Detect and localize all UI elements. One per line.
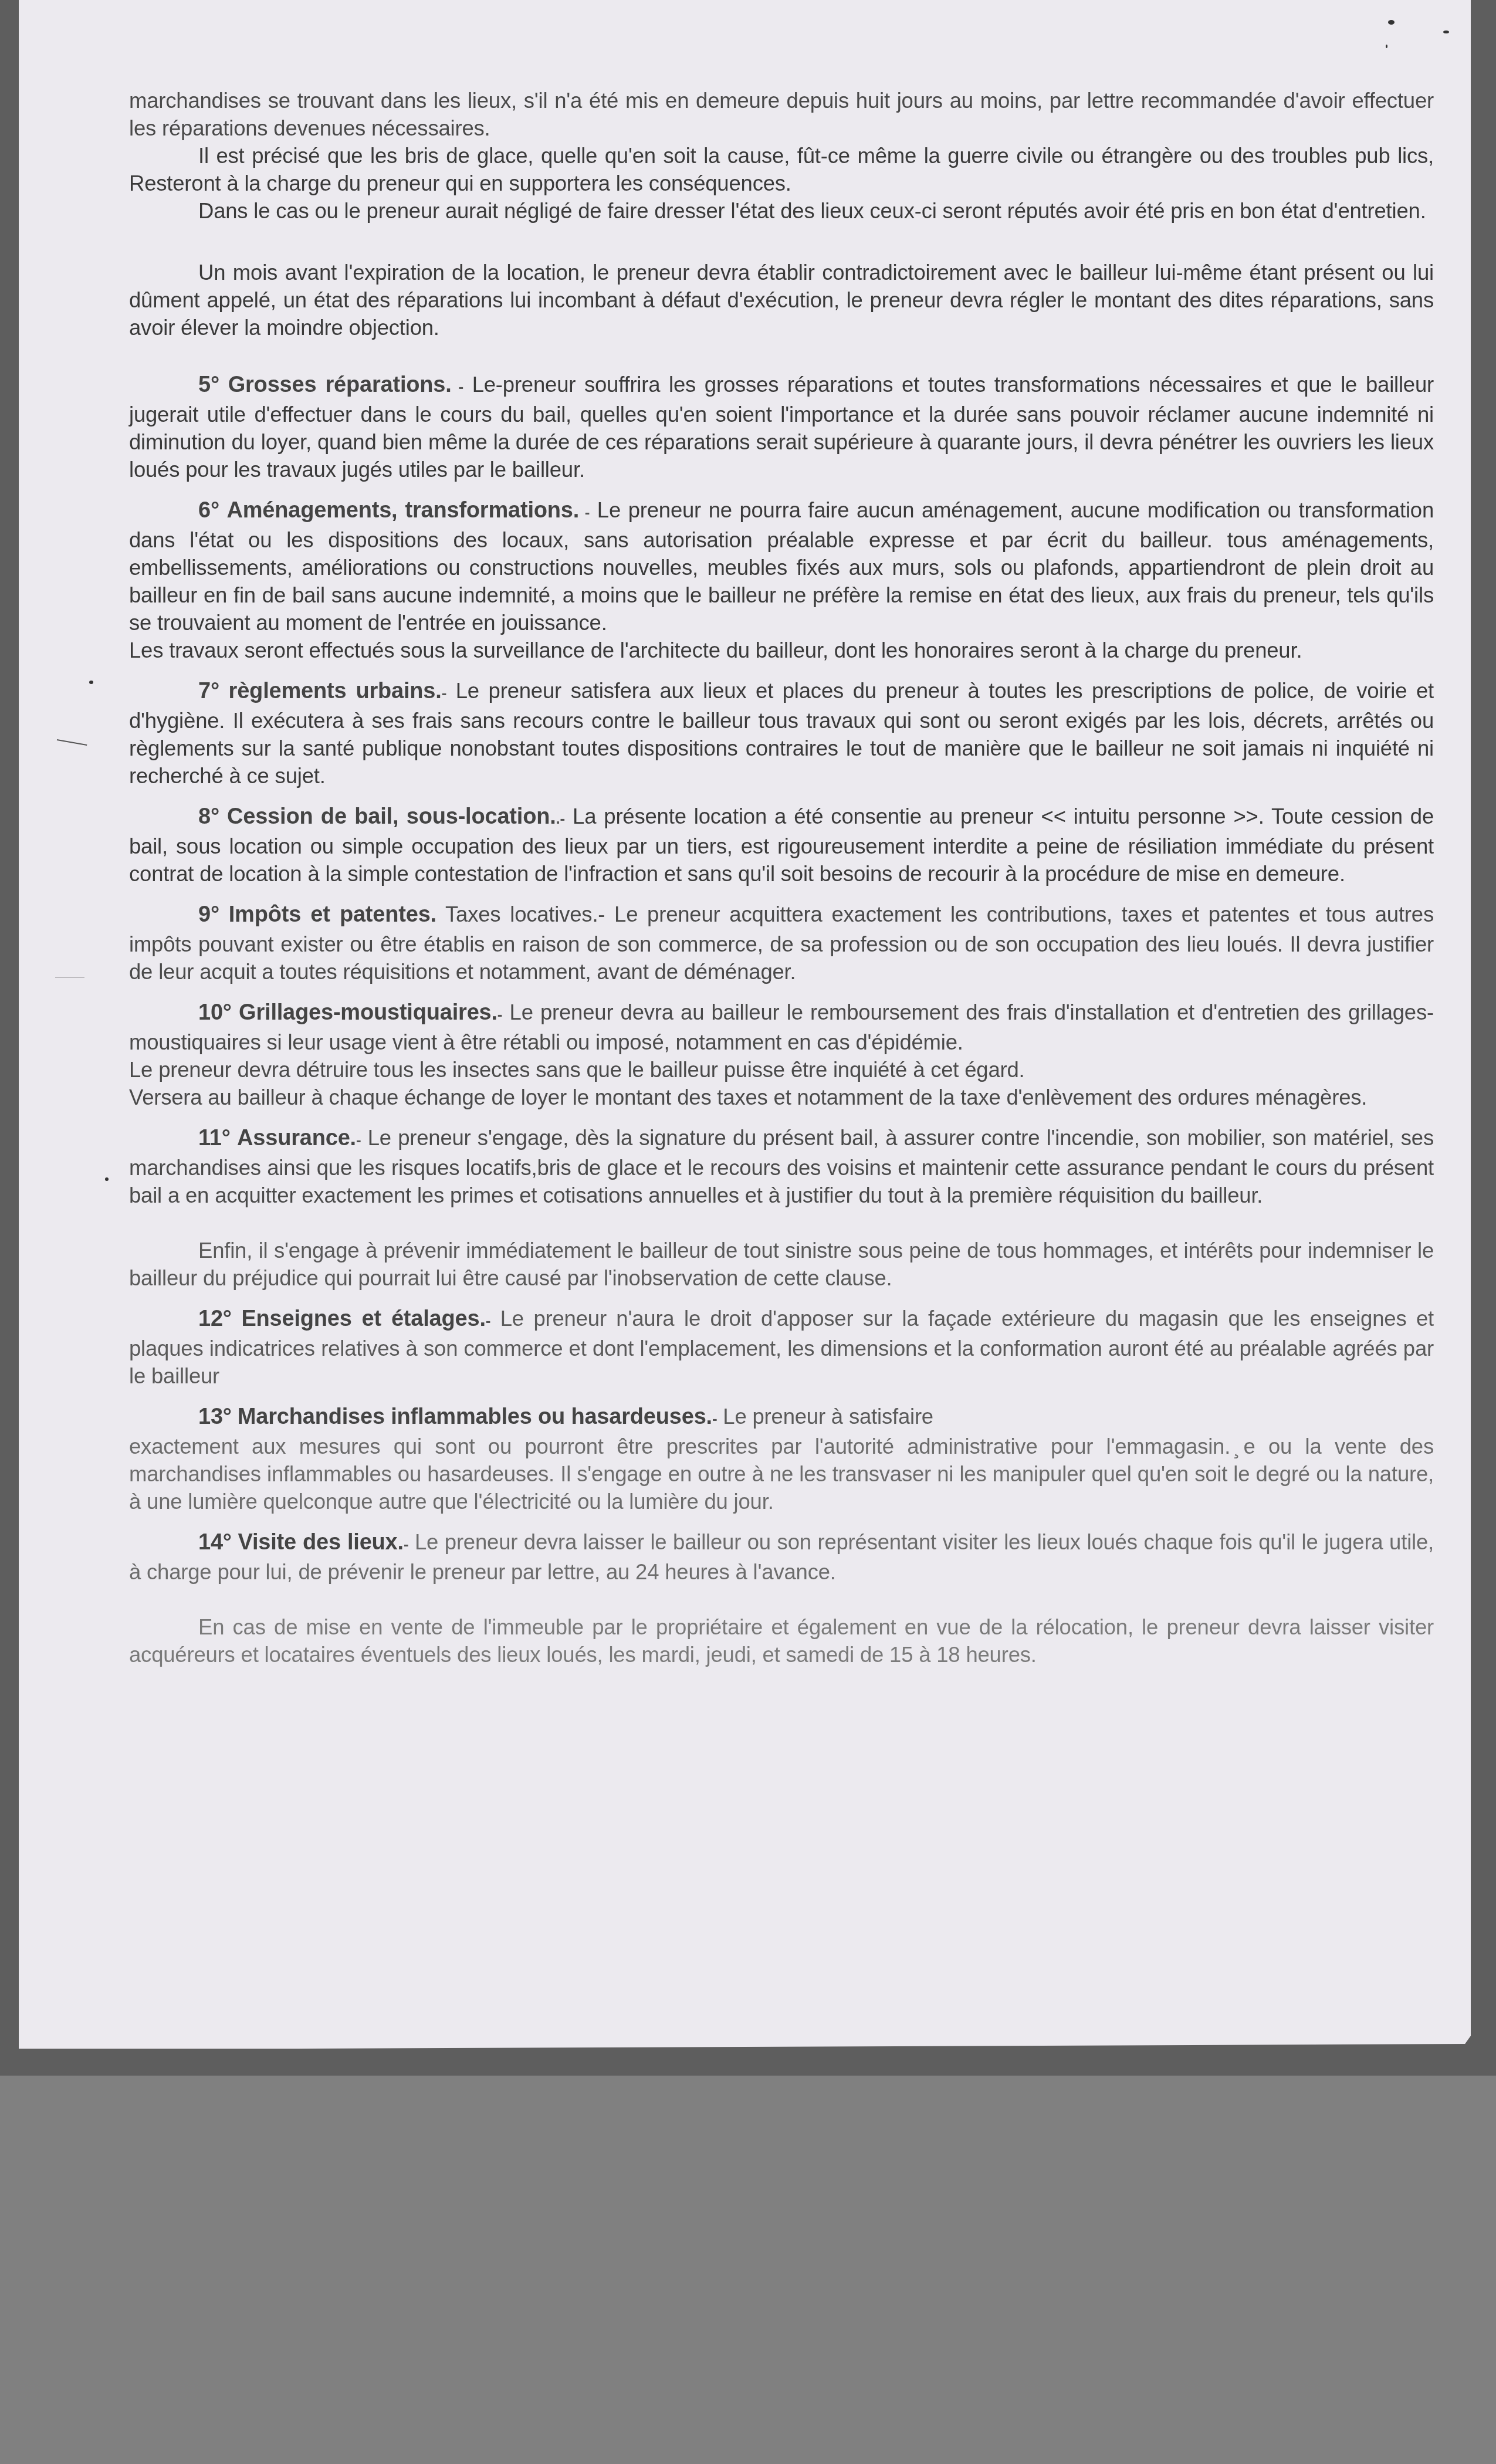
clause-11-followup: Enfin, il s'engage à prévenir immédiatem… — [129, 1237, 1434, 1292]
clause-title: Visite des lieux. — [238, 1530, 404, 1555]
clause-13: 13° Marchandises inflammables ou hasarde… — [129, 1403, 1434, 1433]
clause-7: 7° règlements urbains.- Le preneur satis… — [129, 677, 1434, 790]
scan-mark — [55, 977, 84, 977]
clause-separator: - — [486, 1312, 490, 1329]
scan-speck — [1388, 20, 1395, 25]
clause-separator: - — [442, 684, 446, 702]
clause-text: Le preneur à satisfaire — [717, 1404, 933, 1429]
clause-number: 9° — [198, 902, 219, 927]
clause-title: Aménagements, transformations. — [227, 498, 580, 523]
clause-number: 6° — [198, 498, 219, 523]
clause-title: Enseignes et étalages. — [241, 1307, 485, 1331]
clause-number: 14° — [198, 1530, 232, 1555]
clause-title: Assurance. — [237, 1126, 356, 1150]
clause-10-paragraph-2: Le preneur devra détruire tous les insec… — [129, 1056, 1434, 1084]
clause-number: 8° — [198, 804, 219, 829]
clause-number: 11° — [198, 1126, 231, 1150]
scan-mark — [57, 739, 87, 746]
scan-speck — [1443, 31, 1449, 33]
scanned-page: marchandises se trouvant dans les lieux,… — [19, 0, 1471, 2049]
clause-5: 5° Grosses réparations. - Le-preneur sou… — [129, 371, 1434, 483]
clause-9: 9° Impôts et patentes. Taxes locatives.-… — [129, 901, 1434, 986]
clause-separator: - — [579, 503, 590, 521]
clause-separator: .- — [556, 810, 565, 827]
clause-title: Grosses réparations. — [228, 373, 452, 397]
clause-13-paragraph-2: exactement aux mesures qui sont ou pourr… — [129, 1433, 1434, 1515]
clause-8: 8° Cession de bail, sous-location..- La … — [129, 803, 1434, 888]
scan-speck — [1386, 45, 1387, 48]
clause-title: Impôts et patentes. — [229, 902, 436, 927]
clause-separator: - — [452, 378, 463, 395]
clause-title: Marchandises inflammables ou hasardeuses… — [238, 1404, 712, 1429]
scan-speck — [89, 681, 93, 684]
clause-number: 7° — [198, 679, 219, 703]
clause-6: 6° Aménagements, transformations. - Le p… — [129, 496, 1434, 637]
intro-paragraph-1: marchandises se trouvant dans les lieux,… — [129, 87, 1434, 142]
clause-number: 10° — [198, 1000, 232, 1025]
intro-paragraph-3: Dans le cas ou le preneur aurait négligé… — [129, 197, 1434, 225]
clause-12: 12° Enseignes et étalages.- Le preneur n… — [129, 1305, 1434, 1390]
clause-10-paragraph-3: Versera au bailleur à chaque échange de … — [129, 1084, 1434, 1111]
clause-title: Cession de bail, sous-location. — [227, 804, 556, 829]
clause-14: 14° Visite des lieux.- Le preneur devra … — [129, 1528, 1434, 1586]
clause-number: 12° — [198, 1307, 232, 1331]
clause-6-paragraph-2: Les travaux seront effectués sous la sur… — [129, 637, 1434, 664]
clause-title: Grillages-moustiquaires. — [239, 1000, 497, 1025]
intro-paragraph-2: Il est précisé que les bris de glace, qu… — [129, 142, 1434, 197]
clause-14-followup: En cas de mise en vente de l'immeuble pa… — [129, 1613, 1434, 1668]
clause-number: 13° — [198, 1404, 232, 1429]
intro-paragraph-4: Un mois avant l'expiration de la locatio… — [129, 259, 1434, 341]
clause-10: 10° Grillages-moustiquaires.- Le preneur… — [129, 999, 1434, 1056]
clause-title: règlements urbains. — [229, 679, 442, 703]
scan-speck — [105, 1177, 109, 1181]
clause-number: 5° — [198, 373, 219, 397]
clause-11: 11° Assurance.- Le preneur s'engage, dès… — [129, 1124, 1434, 1209]
document-body: marchandises se trouvant dans les lieux,… — [129, 87, 1434, 1668]
